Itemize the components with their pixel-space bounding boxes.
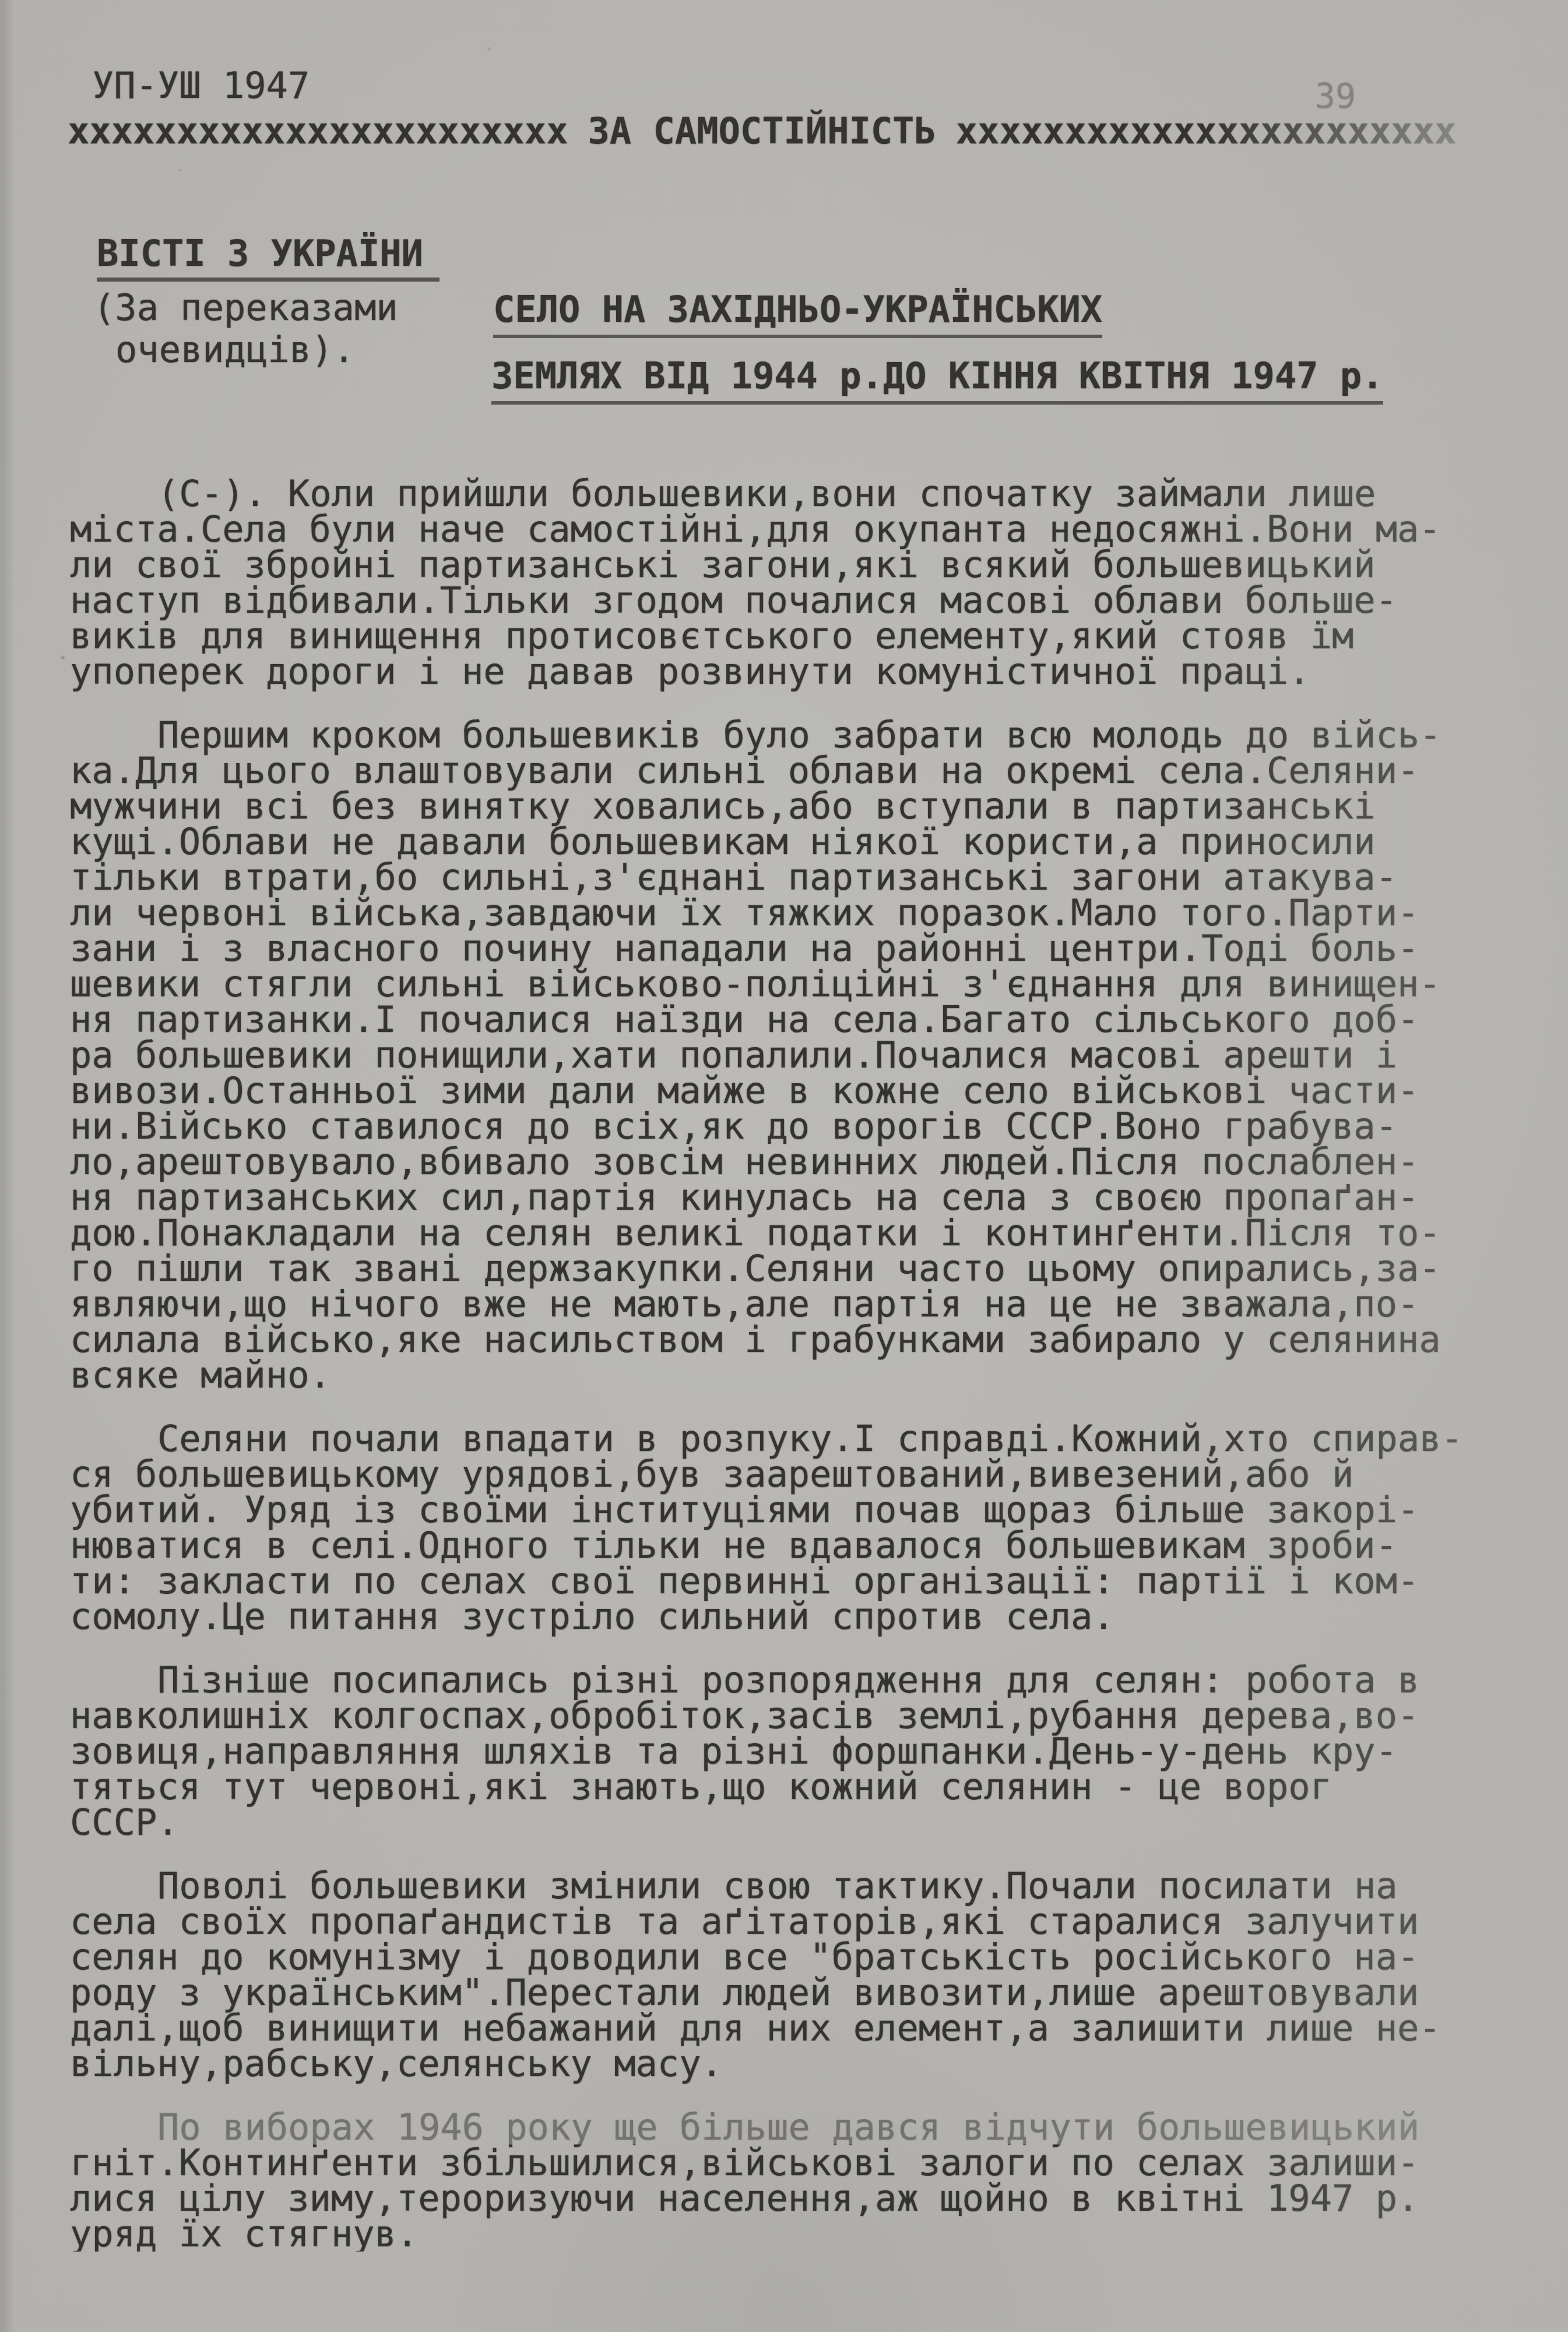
masthead-right-xs: ххххххххххххххххххххххх bbox=[956, 113, 1457, 149]
masthead-left-xs: ххххххххххххххххххххххх bbox=[68, 110, 568, 152]
issue-label: УП-УШ 1947 bbox=[92, 68, 310, 104]
byline-line-1: (За переказами bbox=[93, 290, 398, 326]
headline-line-2: ЗЕМЛЯХ ВІД 1944 р.ДО КІННЯ КВІТНЯ 1947 р… bbox=[491, 358, 1383, 405]
article-body: (С-). Коли прийшли большевики,вони споча… bbox=[70, 476, 1562, 2280]
byline-line-2: очевидців). bbox=[115, 332, 355, 368]
document-scan: УП-УШ 1947 39 хххххххххххххххххххххххЗА … bbox=[0, 0, 1568, 2332]
paragraph: Селяни почали впадати в розпуку.І справд… bbox=[70, 1421, 1562, 1634]
page-number: 39 bbox=[1315, 79, 1356, 113]
headline-line-1: СЕЛО НА ЗАХІДНЬО-УКРАЇНСЬКИХ bbox=[493, 291, 1102, 338]
paragraph: (С-). Коли прийшли большевики,вони споча… bbox=[70, 476, 1562, 689]
section-title: ВІСТІ З УКРАЇНИ bbox=[97, 236, 440, 282]
paragraph: По виборах 1946 року ще більше дався від… bbox=[70, 2109, 1562, 2252]
masthead-title: ЗА САМОСТІЙНІСТЬ bbox=[588, 110, 936, 152]
paragraph: Першим кроком большевиків було забрати в… bbox=[70, 717, 1562, 1393]
masthead-row: хххххххххххххххххххххххЗА САМОСТІЙНІСТЬх… bbox=[68, 113, 1456, 149]
paragraph: Пізніше посипались різні розпорядження д… bbox=[70, 1662, 1562, 1840]
paragraph: Поволі большевики змінили свою тактику.П… bbox=[70, 1868, 1562, 2081]
